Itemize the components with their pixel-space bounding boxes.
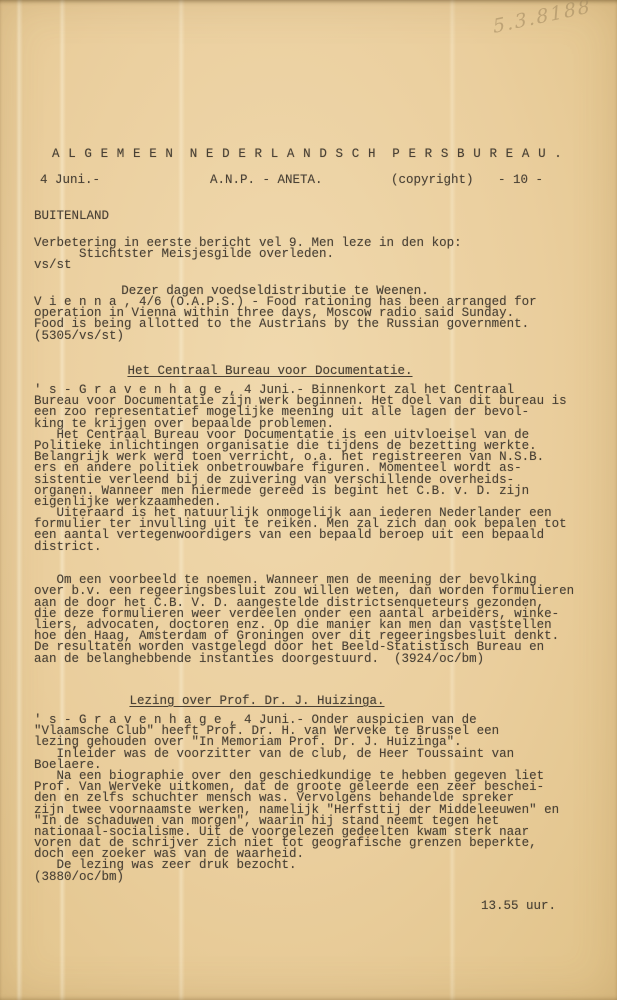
document-line: Inleider was de voorzitter van de club, … [34, 749, 590, 760]
document-line: aan de belanghebbende instanties doorges… [34, 654, 590, 665]
document-line: (3880/oc/bm) [34, 872, 590, 883]
wire-label: A.N.P. - ANETA. [210, 173, 323, 187]
document-line: (5305/vs/st) [34, 331, 590, 342]
document-page: 5.3.8188 A L G E M E E N N E D E R L A N… [0, 0, 617, 1000]
document-line: Stichtster Meisjesgilde overleden. [34, 249, 462, 260]
document-line: vs/st [34, 260, 462, 271]
timestamp: 13.55 uur. [481, 899, 556, 913]
page-number: - 10 - [498, 173, 543, 187]
document-line: district. [34, 542, 590, 553]
document-line: een aantal vertegenwoordigers van een be… [34, 530, 590, 541]
copyright-label: (copyright) [391, 173, 474, 187]
document-line [34, 553, 590, 564]
date-label: 4 Juni.- [40, 173, 100, 187]
article-title: Lezing over Prof. Dr. J. Huizinga. [0, 694, 535, 708]
pencil-annotation: 5.3.8188 [492, 0, 593, 38]
correction-block: Verbetering in eerste bericht vel 9. Men… [34, 238, 462, 272]
article-body: V i e n n a , 4/6 (O.A.P.S.) - Food rati… [34, 297, 590, 342]
article-body: ' s - G r a v e n h a g e , 4 Juni.- Bin… [34, 385, 590, 665]
article-title: Het Centraal Bureau voor Documentatie. [0, 364, 548, 378]
agency-title: A L G E M E E N N E D E R L A N D S C H … [52, 147, 562, 161]
section-label: BUITENLAND [34, 209, 109, 223]
article-body: ' s - G r a v e n h a g e , 4 Juni.- Ond… [34, 715, 590, 883]
